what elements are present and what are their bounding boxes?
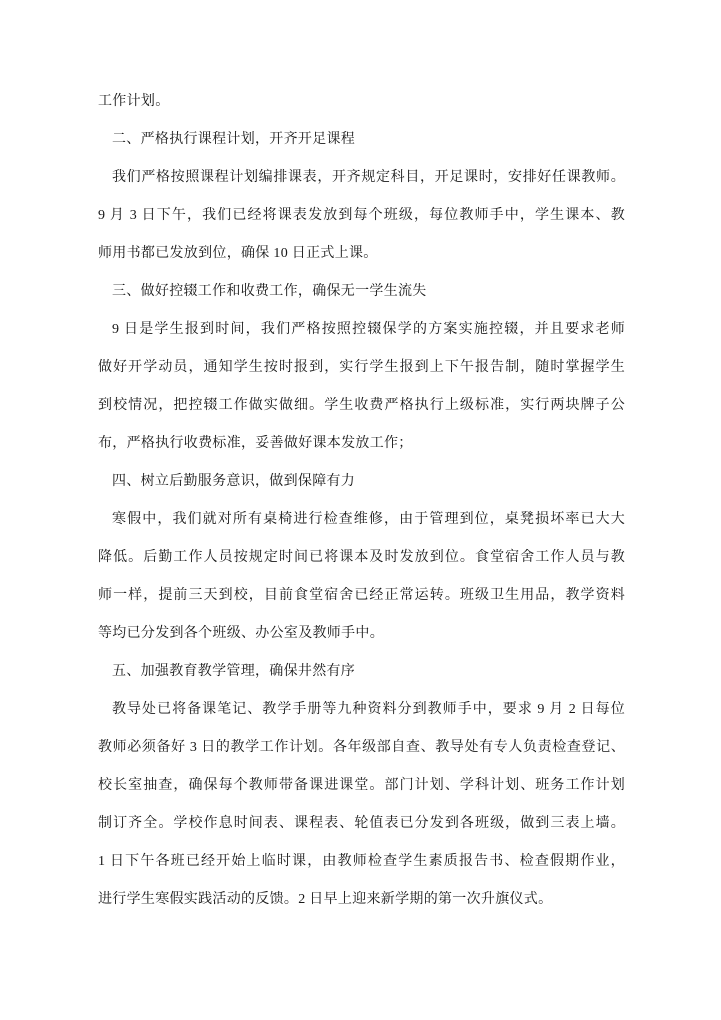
text-line: 进行学生寒假实践活动的反馈。2 日早上迎来新学期的第一次升旗仪式。	[98, 881, 625, 919]
section-heading: 三、做好控辍工作和收费工作，确保无一学生流失	[98, 273, 625, 311]
text-line: 我们严格按照课程计划编排课表，开齐规定科目，开足课时，安排好任课教师。	[98, 159, 625, 197]
text-line: 教导处已将备课笔记、教学手册等九种资料分到教师手中，要求 9 月 2 日每位	[98, 691, 625, 729]
text-line: 布，严格执行收费标准，妥善做好课本发放工作；	[98, 425, 625, 463]
text-line: 工作计划。	[98, 83, 625, 121]
text-line: 9 日是学生报到时间，我们严格按照控辍保学的方案实施控辍，并且要求老师	[98, 311, 625, 349]
text-line: 师用书都已发放到位，确保 10 日正式上课。	[98, 235, 625, 273]
text-line: 校长室抽查，确保每个教师带备课进课堂。部门计划、学科计划、班务工作计划	[98, 767, 625, 805]
section-heading: 四、树立后勤服务意识，做到保障有力	[98, 463, 625, 501]
text-line: 9 月 3 日下午，我们已经将课表发放到每个班级，每位教师手中，学生课本、教	[98, 197, 625, 235]
text-line: 制订齐全。学校作息时间表、课程表、轮值表已分发到各班级，做到三表上墙。	[98, 805, 625, 843]
text-line: 寒假中，我们就对所有桌椅进行检查维修，由于管理到位，桌凳损坏率已大大	[98, 501, 625, 539]
section-heading: 二、严格执行课程计划，开齐开足课程	[98, 121, 625, 159]
text-line: 降低。后勤工作人员按规定时间已将课本及时发放到位。食堂宿舍工作人员与教	[98, 539, 625, 577]
text-line: 到校情况，把控辍工作做实做细。学生收费严格执行上级标准，实行两块牌子公	[98, 387, 625, 425]
text-line: 等均已分发到各个班级、办公室及教师手中。	[98, 615, 625, 653]
text-line: 师一样，提前三天到校，目前食堂宿舍已经正常运转。班级卫生用品，教学资料	[98, 577, 625, 615]
text-line: 做好开学动员，通知学生按时报到，实行学生报到上下午报告制，随时掌握学生	[98, 349, 625, 387]
text-line: 教师必须备好 3 日的教学工作计划。各年级部自查、教导处有专人负责检查登记、	[98, 729, 625, 767]
document-page: 工作计划。 二、严格执行课程计划，开齐开足课程 我们严格按照课程计划编排课表，开…	[98, 83, 625, 919]
section-heading: 五、加强教育教学管理，确保井然有序	[98, 653, 625, 691]
text-line: 1 日下午各班已经开始上临时课，由教师检查学生素质报告书、检查假期作业，	[98, 843, 625, 881]
